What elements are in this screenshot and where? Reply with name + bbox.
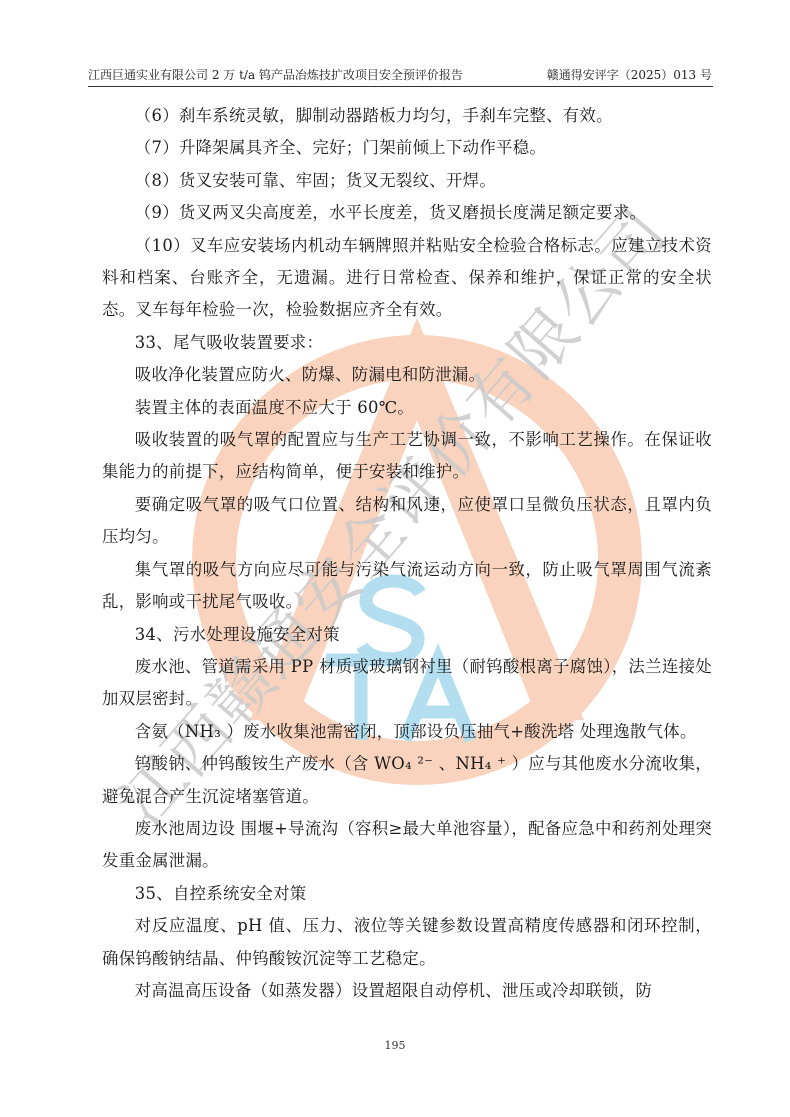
page-header: 江西巨通实业有限公司 2 万 t/a 钨产品冶炼技扩改项目安全预评价报告 赣通得…	[88, 66, 712, 86]
report-number: 赣通得安评字（2025）013 号	[547, 66, 712, 83]
paragraph: 含氨（NH₃ ）废水收集池需密闭，顶部设负压抽气+酸洗塔 处理逸散气体。	[102, 716, 712, 748]
paragraph: 装置主体的表面温度不应大于 60℃。	[102, 392, 712, 424]
section-heading-34: 34、污水处理设施安全对策	[102, 619, 712, 651]
paragraph: （7）升降架属具齐全、完好；门架前倾上下动作平稳。	[102, 132, 712, 164]
paragraph: 对反应温度、pH 值、压力、液位等关键参数设置高精度传感器和闭环控制，确保钨酸钠…	[102, 910, 712, 975]
paragraph: （8）货叉安装可靠、牢固；货叉无裂纹、开焊。	[102, 165, 712, 197]
paragraph: （9）货叉两叉尖高度差，水平长度差，货叉磨损长度满足额定要求。	[102, 197, 712, 229]
paragraph: 吸收净化装置应防火、防爆、防漏电和防泄漏。	[102, 359, 712, 391]
section-heading-33: 33、尾气吸收装置要求：	[102, 327, 712, 359]
paragraph: 废水池、管道需采用 PP 材质或玻璃钢衬里（耐钨酸根离子腐蚀），法兰连接处加双层…	[102, 651, 712, 716]
paragraph: 废水池周边设 围堰+导流沟（容积≥最大单池容量），配备应急中和药剂处理突发重金属…	[102, 813, 712, 878]
paragraph: （10）叉车应安装场内机动车辆牌照并粘贴安全检验合格标志。应建立技术资料和档案、…	[102, 230, 712, 327]
section-heading-35: 35、自控系统安全对策	[102, 878, 712, 910]
page-number: 195	[0, 1039, 790, 1052]
header-divider	[88, 86, 713, 87]
document-page: 江西赣通安全评价有限公司 江西巨通实业有限公司 2 万 t/a 钨产品冶炼技扩改…	[0, 0, 790, 1117]
paragraph: 吸收装置的吸气罩的配置应与生产工艺协调一致，不影响工艺操作。在保证收集能力的前提…	[102, 424, 712, 489]
paragraph: 钨酸钠、仲钨酸铵生产废水（含 WO₄ ²⁻ 、NH₄ ⁺ ）应与其他废水分流收集…	[102, 748, 712, 813]
paragraph: 集气罩的吸气方向应尽可能与污染气流运动方向一致，防止吸气罩周围气流紊乱，影响或干…	[102, 554, 712, 619]
report-title: 江西巨通实业有限公司 2 万 t/a 钨产品冶炼技扩改项目安全预评价报告	[88, 66, 463, 83]
paragraph: 要确定吸气罩的吸气口位置、结构和风速，应使罩口呈微负压状态，且罩内负压均匀。	[102, 489, 712, 554]
paragraph: （6）刹车系统灵敏，脚制动器踏板力均匀，手刹车完整、有效。	[102, 100, 712, 132]
paragraph: 对高温高压设备（如蒸发器）设置超限自动停机、泄压或冷却联锁，防	[102, 975, 712, 1007]
body-text: （6）刹车系统灵敏，脚制动器踏板力均匀，手刹车完整、有效。 （7）升降架属具齐全…	[102, 100, 712, 1007]
